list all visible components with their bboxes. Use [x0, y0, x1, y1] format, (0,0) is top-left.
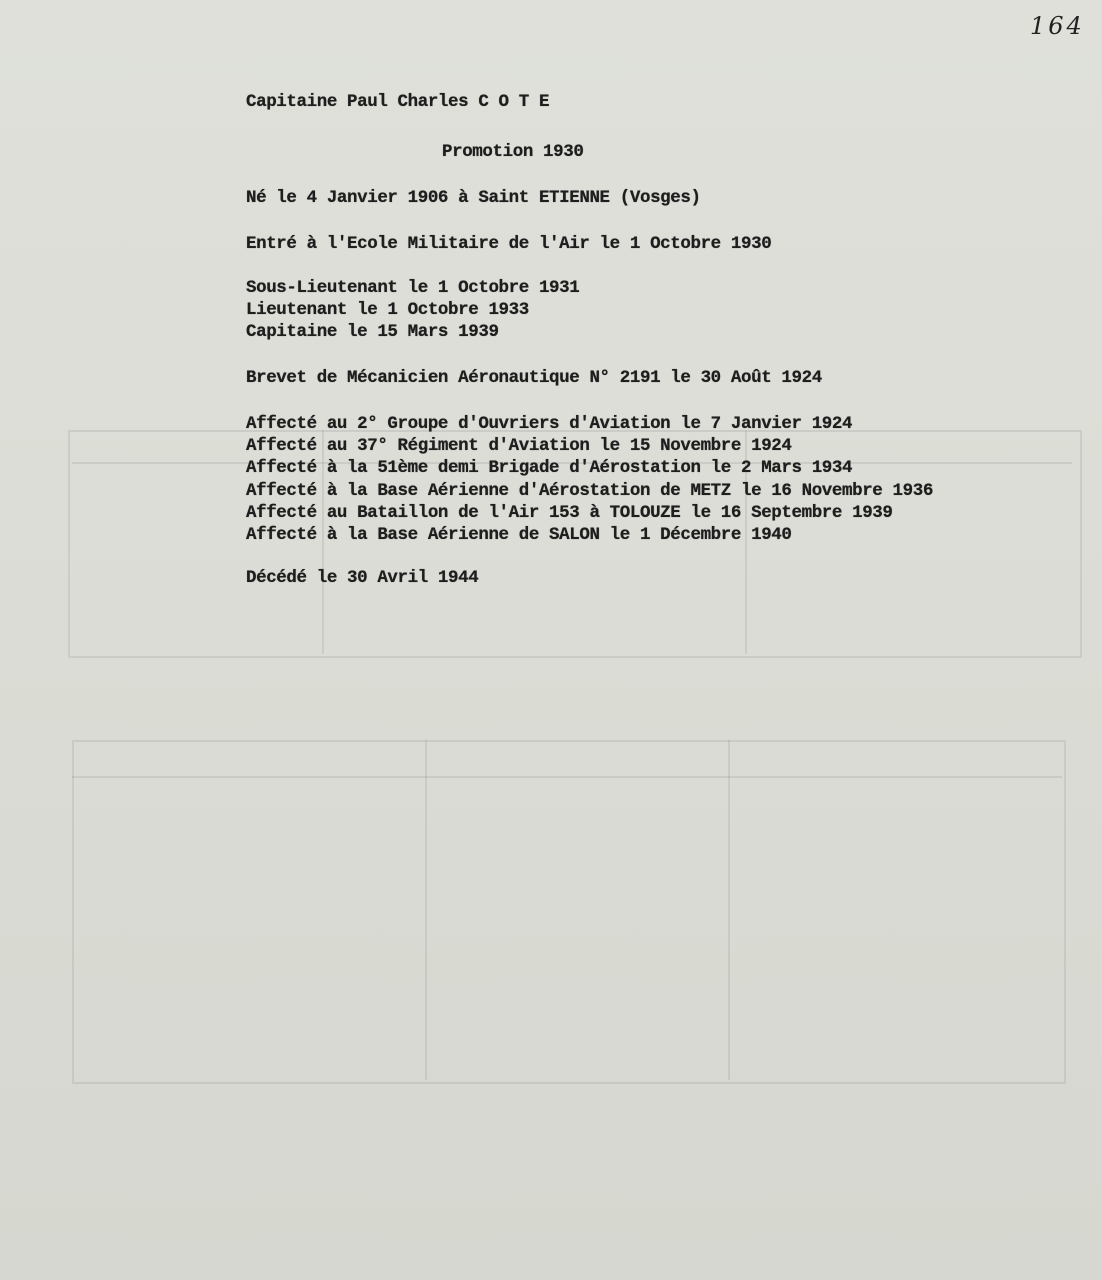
page-number: 164 — [1030, 12, 1085, 40]
assignment-line: Affecté à la Base Aérienne d'Aérostation… — [246, 481, 933, 501]
bleed-through-table-bottom — [72, 740, 1066, 1084]
rank-line: Sous-Lieutenant le 1 Octobre 1931 — [246, 278, 579, 298]
assignment-line: Affecté au 37° Régiment d'Aviation le 15… — [246, 436, 792, 456]
promotion: Promotion 1930 — [442, 142, 583, 162]
rank-line: Lieutenant le 1 Octobre 1933 — [246, 300, 529, 320]
document-page: 164 Capitaine Paul Charles C O T E Promo… — [0, 0, 1102, 1280]
entry-line: Entré à l'Ecole Militaire de l'Air le 1 … — [246, 234, 771, 254]
rank-line: Capitaine le 15 Mars 1939 — [246, 322, 499, 342]
birth-line: Né le 4 Janvier 1906 à Saint ETIENNE (Vo… — [246, 188, 701, 208]
bleed-through-divider — [425, 740, 427, 1080]
assignment-line: Affecté à la 51ème demi Brigade d'Aérost… — [246, 458, 852, 478]
death-line: Décédé le 30 Avril 1944 — [246, 568, 478, 588]
bleed-through-divider — [728, 740, 730, 1080]
bleed-through-divider — [72, 776, 1062, 778]
brevet-line: Brevet de Mécanicien Aéronautique N° 219… — [246, 368, 822, 388]
officer-name: Capitaine Paul Charles C O T E — [246, 92, 549, 112]
assignment-line: Affecté à la Base Aérienne de SALON le 1… — [246, 525, 792, 545]
assignment-line: Affecté au Bataillon de l'Air 153 à TOLO… — [246, 503, 893, 523]
assignment-line: Affecté au 2° Groupe d'Ouvriers d'Aviati… — [246, 414, 852, 434]
